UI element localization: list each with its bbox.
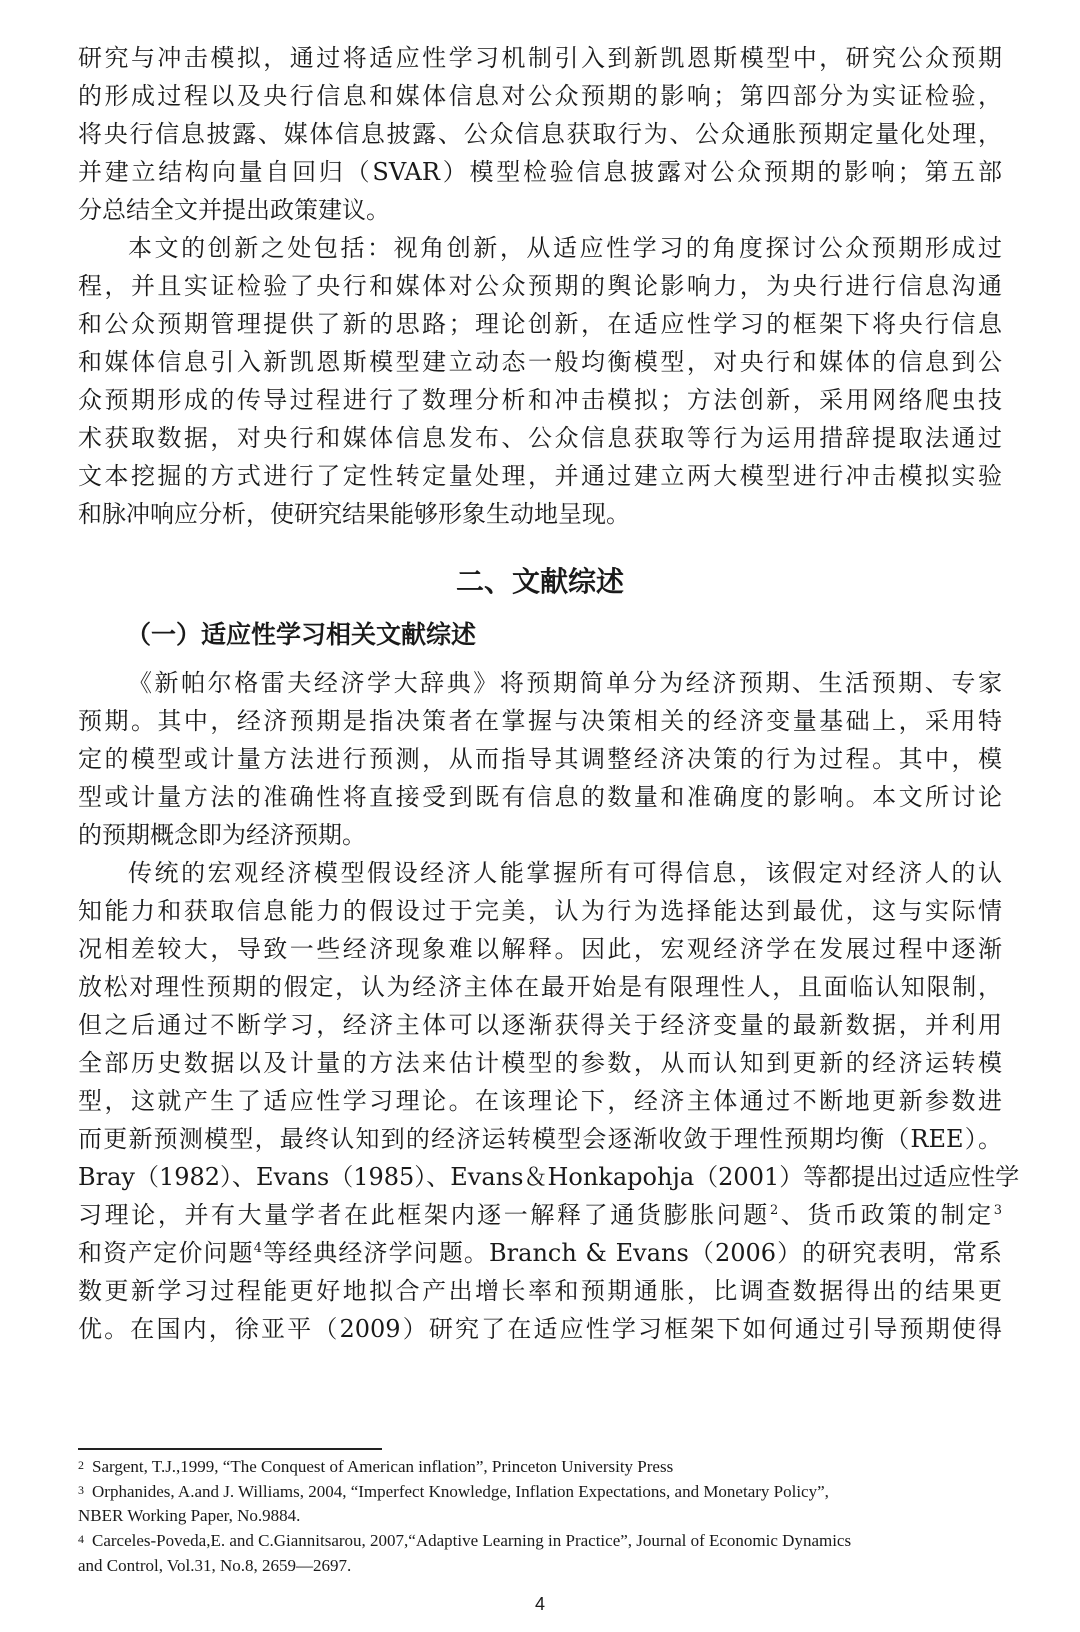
body-line: 放松对理性预期的假定，认为经济主体在最开始是有限理性人，且面临认知限制， [78,972,1002,1002]
footnote-number: 2 [78,1458,84,1472]
body-line: 并建立结构向量自回归（SVAR）模型检验信息披露对公众预期的影响；第五部 [78,157,1002,187]
footnote-ref-3[interactable]: 3 [994,1203,1002,1218]
body-line: 术获取数据，对央行和媒体信息发布、公众信息获取等行为运用措辞提取法通过 [78,423,1002,453]
body-line: 而更新预测模型，最终认知到的经济运转模型会逐渐收敛于理性预期均衡（REE）。 [78,1124,1002,1154]
body-line: 的预期概念即为经济预期。 [78,820,1002,850]
body-line: 况相差较大，导致一些经济现象难以解释。因此，宏观经济学在发展过程中逐渐 [78,934,1002,964]
footnote-separator [78,1448,382,1450]
footnote-text: Sargent, T.J.,1999, “The Conquest of Ame… [92,1457,673,1476]
document-page: 研究与冲击模拟，通过将适应性学习机制引入到新凯恩斯模型中，研究公众预期 的形成过… [0,0,1080,1632]
footnote-2: 2Sargent, T.J.,1999, “The Conquest of Am… [78,1456,1002,1478]
body-line: 传统的宏观经济模型假设经济人能掌握所有可得信息，该假定对经济人的认 [128,858,1002,888]
body-line: 文本挖掘的方式进行了定性转定量处理，并通过建立两大模型进行冲击模拟实验 [78,461,1002,491]
footnote-text: Carceles-Poveda,E. and C.Giannitsarou, 2… [92,1531,851,1550]
body-line: 优。在国内，徐亚平（2009）研究了在适应性学习框架下如何通过引导预期使得 [78,1314,1002,1344]
body-line: 型，这就产生了适应性学习理论。在该理论下，经济主体通过不断地更新参数进 [78,1086,1002,1116]
text-run: 、货币政策的制定 [778,1201,994,1229]
text-run: 习理论，并有大量学者在此框架内逐一解释了通货膨胀问题 [78,1201,770,1229]
body-line: 《新帕尔格雷夫经济学大辞典》将预期简单分为经济预期、生活预期、专家 [128,668,1002,698]
body-line: 但之后通过不断学习，经济主体可以逐渐获得关于经济变量的最新数据，并利用 [78,1010,1002,1040]
footnote-ref-4[interactable]: 4 [254,1241,262,1256]
body-line: Bray（1982）、Evans（1985）、Evans＆Honkapohja（… [78,1162,1002,1192]
body-line: 全部历史数据以及计量的方法来估计模型的参数，从而认知到更新的经济运转模 [78,1048,1002,1078]
body-line: 习理论，并有大量学者在此框架内逐一解释了通货膨胀问题2、货币政策的制定3 [78,1200,1002,1230]
body-line: 研究与冲击模拟，通过将适应性学习机制引入到新凯恩斯模型中，研究公众预期 [78,43,1002,73]
page-number: 4 [0,1594,1080,1615]
body-line: 本文的创新之处包括：视角创新，从适应性学习的角度探讨公众预期形成过 [128,233,1002,263]
body-line: 预期。其中，经济预期是指决策者在掌握与决策相关的经济变量基础上，采用特 [78,706,1002,736]
body-line: 分总结全文并提出政策建议。 [78,195,1002,225]
body-line: 众预期形成的传导过程进行了数理分析和冲击模拟；方法创新，采用网络爬虫技 [78,385,1002,415]
text-run: 等经典经济学问题。Branch & Evans（2006）的研究表明，常系 [262,1239,1002,1267]
text-run: 和资产定价问题 [78,1239,254,1267]
footnote-4-cont: and Control, Vol.31, No.8, 2659—2697. [78,1555,1002,1577]
body-line: 知能力和获取信息能力的假设过于完美，认为行为选择能达到最优，这与实际情 [78,896,1002,926]
body-line: 和脉冲响应分析，使研究结果能够形象生动地呈现。 [78,499,1002,529]
body-line: 型或计量方法的准确性将直接受到既有信息的数量和准确度的影响。本文所讨论 [78,782,1002,812]
body-line: 和公众预期管理提供了新的思路；理论创新，在适应性学习的框架下将央行信息 [78,309,1002,339]
section-heading: 二、文献综述 [0,565,1080,599]
body-line: 将央行信息披露、媒体信息披露、公众信息获取行为、公众通胀预期定量化处理， [78,119,1002,149]
body-line: 定的模型或计量方法进行预测，从而指导其调整经济决策的行为过程。其中，模 [78,744,1002,774]
body-line: 的形成过程以及央行信息和媒体信息对公众预期的影响；第四部分为实证检验， [78,81,1002,111]
body-line: 和资产定价问题4等经典经济学问题。Branch & Evans（2006）的研究… [78,1238,1002,1268]
footnote-ref-2[interactable]: 2 [770,1203,778,1218]
footnote-4: 4Carceles-Poveda,E. and C.Giannitsarou, … [78,1530,1002,1552]
footnote-text: Orphanides, A.and J. Williams, 2004, “Im… [92,1482,829,1501]
body-line: 程，并且实证检验了央行和媒体对公众预期的舆论影响力，为央行进行信息沟通 [78,271,1002,301]
footnote-number: 4 [78,1532,84,1546]
footnote-number: 3 [78,1483,84,1497]
subsection-heading: （一）适应性学习相关文献综述 [126,619,476,651]
body-line: 数更新学习过程能更好地拟合产出增长率和预期通胀，比调查数据得出的结果更 [78,1276,1002,1306]
footnote-3-cont: NBER Working Paper, No.9884. [78,1505,1002,1527]
body-line: 和媒体信息引入新凯恩斯模型建立动态一般均衡模型，对央行和媒体的信息到公 [78,347,1002,377]
footnote-3: 3Orphanides, A.and J. Williams, 2004, “I… [78,1481,1002,1503]
